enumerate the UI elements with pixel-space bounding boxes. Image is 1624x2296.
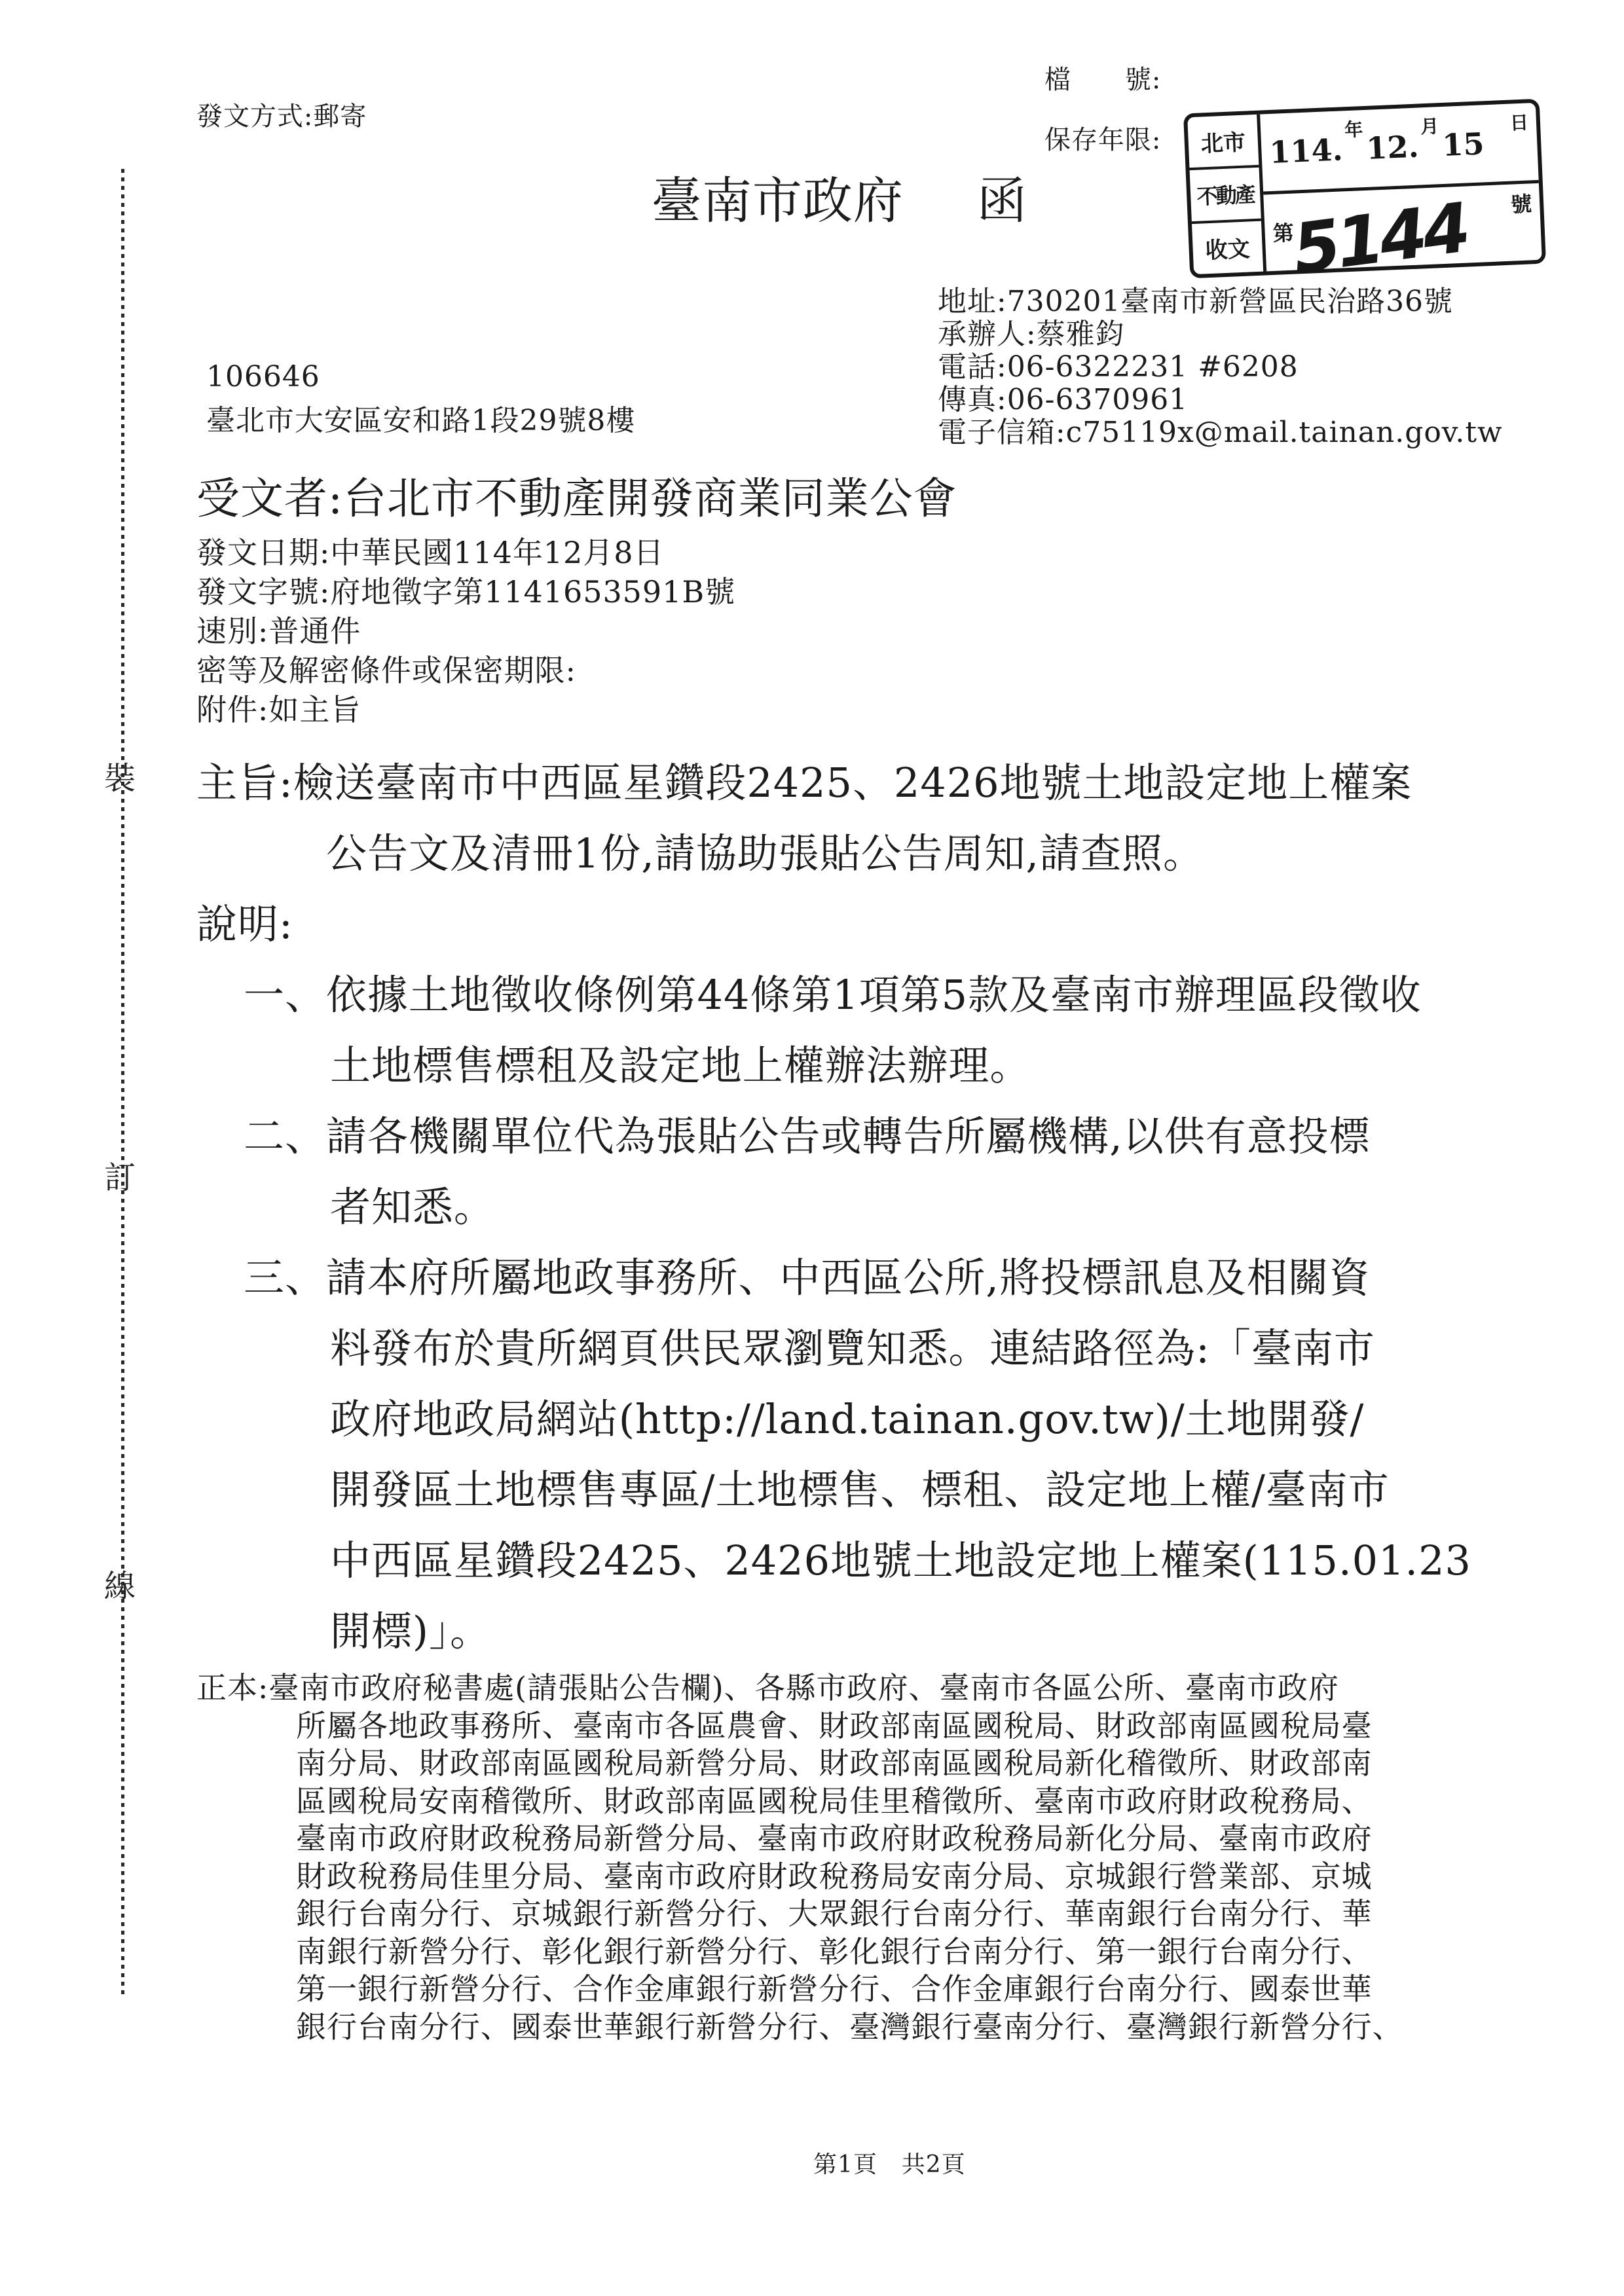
explanation-item-3-line-4: 開發區土地標售專區/土地標售、標租、設定地上權/臺南市 (330, 1457, 1390, 1516)
stamp-org-bottom: 收文 (1192, 218, 1263, 274)
issue-date: 發文日期:中華民國114年12月8日 (196, 533, 735, 572)
binding-mark-zhuang: 裝 (104, 753, 136, 798)
stamp-day-value: 15 (1441, 126, 1485, 163)
page-footer: 第1頁 共2頁 (813, 2146, 966, 2179)
recipient-zipcode: 106646 (206, 360, 320, 393)
recipient-address: 臺北市大安區安和路1段29號8樓 (206, 397, 635, 439)
stamp-date-row: 114. 年 12. 月 15 日 (1260, 103, 1539, 194)
subject-line-2: 公告文及清冊1份,請協助張貼公告周知,請查照。 (326, 821, 1204, 879)
stamp-org-mid: 不動產 (1189, 165, 1261, 221)
receipt-stamp: 北市 不動產 收文 114. 年 12. 月 15 日 第 5144 號 (1183, 99, 1546, 279)
receipt-stamp-org: 北市 不動產 收文 (1187, 115, 1266, 274)
sender-info-block: 地址:730201臺南市新營區民治路36號 承辦人:蔡雅鈞 電話:06-6322… (938, 285, 1503, 449)
explanation-item-3-line-3: 政府地政局網站(http://land.tainan.gov.tw)/土地開發/ (330, 1387, 1364, 1445)
sender-contact-person: 承辦人:蔡雅鈞 (938, 318, 1503, 351)
explanation-item-3-line-1: 三、請本府所屬地政事務所、中西區公所,將投標訊息及相關資 (244, 1245, 1371, 1303)
copy-recipients-line-1: 正本:臺南市政府秘書處(請張貼公告欄)、各縣市政府、臺南市各區公所、臺南市政府 (196, 1664, 1339, 1707)
sender-phone: 電話:06-6322231 #6208 (938, 351, 1503, 384)
stamp-year-unit: 年 (1344, 115, 1363, 142)
file-number-label: 檔 號: (1044, 59, 1161, 96)
recipient-line: 受文者:台北市不動產開發商業同業公會 (196, 464, 957, 526)
explanation-label: 說明: (196, 892, 293, 950)
explanation-item-3-line-6: 開標)」。 (330, 1599, 491, 1657)
attachment-note: 附件:如主旨 (196, 690, 735, 729)
explanation-item-2-line-2: 者知悉。 (330, 1175, 495, 1233)
issue-number: 發文字號:府地徵字第1141653591B號 (196, 572, 735, 611)
stamp-org-top: 北市 (1187, 115, 1259, 168)
subject-line-1: 主旨:檢送臺南市中西區星鑽段2425、2426地號土地設定地上權案 (196, 750, 1412, 809)
speed-class: 速別:普通件 (196, 611, 735, 651)
issuing-org-name: 臺南市政府 (652, 161, 904, 232)
binding-mark-ding: 訂 (104, 1152, 136, 1197)
binding-dotted-line (121, 169, 124, 1995)
receipt-stamp-fields: 114. 年 12. 月 15 日 第 5144 號 (1260, 103, 1542, 271)
retention-period-label: 保存年限: (1044, 119, 1161, 156)
stamp-month-unit: 月 (1420, 112, 1439, 139)
item-3-number: 三、 (244, 1254, 326, 1302)
sender-fax: 傳真:06-6370961 (938, 384, 1503, 416)
copy-recipients-line-5: 臺南市政府財政稅務局新營分局、臺南市政府財政稅務局新化分局、臺南市政府 (296, 1815, 1373, 1858)
stamp-number-suffix: 號 (1510, 187, 1532, 218)
document-title: 臺南市政府 函 (652, 161, 1027, 232)
subject-label: 主旨: (196, 759, 293, 807)
document-page: 裝 訂 線 發文方式:郵寄 檔 號: 保存年限: 北市 不動產 收文 114. … (0, 0, 1624, 2296)
explanation-item-3-line-5: 中西區星鑽段2425、2426地號土地設定地上權案(115.01.23 (330, 1528, 1471, 1586)
stamp-month-value: 12. (1365, 128, 1419, 166)
copy-recipients-line-10: 銀行台南分行、國泰世華銀行新營分行、臺灣銀行臺南分行、臺灣銀行新營分行、 (296, 2003, 1403, 2047)
sender-address: 地址:730201臺南市新營區民治路36號 (938, 285, 1503, 318)
explanation-item-1-line-1: 一、依據土地徵收條例第44條第1項第5款及臺南市辦理區段徵收 (244, 962, 1422, 1021)
copy-recipients-label: 正本: (196, 1670, 268, 1705)
security-class: 密等及解密條件或保密期限: (196, 651, 735, 690)
sender-email: 電子信箱:c75119x@mail.tainan.gov.tw (938, 416, 1503, 449)
explanation-item-2-line-1: 二、請各機關單位代為張貼公告或轉告所屬機構,以供有意投標 (244, 1104, 1371, 1162)
item-2-number: 二、 (244, 1112, 326, 1160)
document-meta-block: 發文日期:中華民國114年12月8日 發文字號:府地徵字第1141653591B… (196, 533, 735, 729)
copy-recipients-line-9: 第一銀行新營分行、合作金庫銀行新營分行、合作金庫銀行台南分行、國泰世華 (296, 1965, 1373, 2009)
binding-mark-xian: 線 (104, 1561, 136, 1606)
explanation-item-3-line-2: 料發布於貴所網頁供民眾瀏覽知悉。連結路徑為:「臺南市 (330, 1316, 1375, 1374)
item-1-number: 一、 (244, 971, 326, 1019)
copy-recipients-line-3: 南分局、財政部南區國稅局新營分局、財政部南區國稅局新化稽徵所、財政部南 (296, 1740, 1373, 1783)
document-type: 函 (977, 161, 1027, 232)
copy-recipients-line-7: 銀行台南分行、京城銀行新營分行、大眾銀行台南分行、華南銀行台南分行、華 (296, 1890, 1373, 1933)
stamp-year-value: 114. (1268, 132, 1343, 170)
stamp-day-unit: 日 (1509, 108, 1529, 135)
stamp-number-row: 第 5144 號 (1263, 183, 1542, 271)
delivery-method-label: 發文方式:郵寄 (196, 96, 367, 133)
explanation-item-1-line-2: 土地標售標租及設定地上權辦法辦理。 (330, 1033, 1031, 1091)
stamp-number-handwritten: 5144 (1289, 194, 1471, 283)
